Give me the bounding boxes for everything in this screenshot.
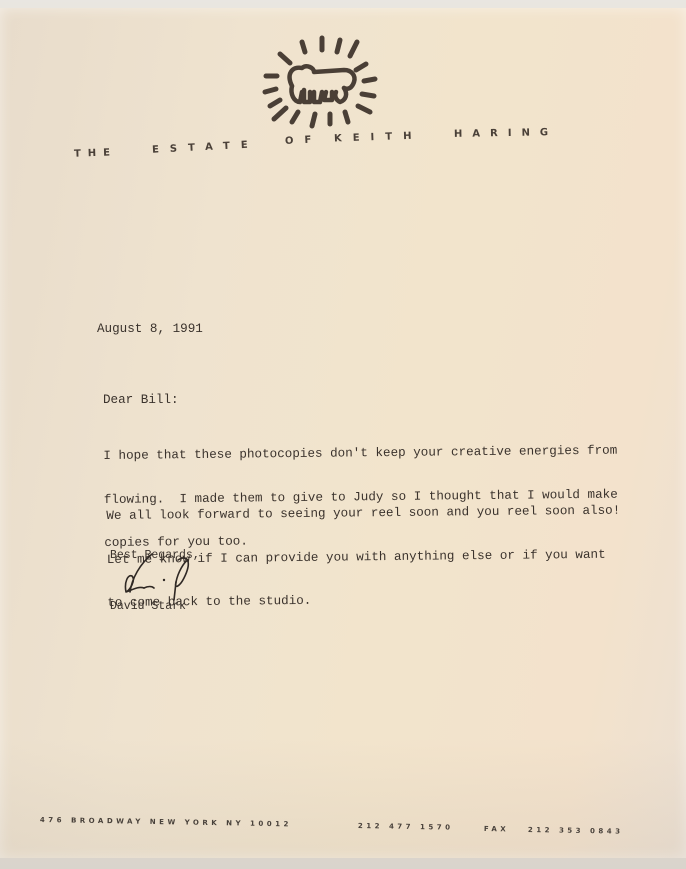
letterhead-word-keith: KEITH: [334, 130, 423, 144]
letterhead-footer: 476 BROADWAY NEW YORK NY 10012 212 477 1…: [40, 816, 670, 846]
letter-paper: THE ESTATE OF KEITH HARING August 8, 199…: [0, 8, 686, 858]
letterhead-word-the: THE: [74, 147, 117, 159]
handwritten-signature-icon: [118, 552, 208, 604]
letter-salutation: Dear Bill:: [103, 393, 179, 408]
letterhead-org-name: THE ESTATE OF KEITH HARING: [70, 126, 590, 166]
letterhead-word-estate: ESTATE: [152, 139, 259, 156]
letterhead-word-of: OF: [285, 134, 323, 147]
paragraph-line: I hope that these photocopies don't keep…: [103, 444, 617, 464]
footer-address: 476 BROADWAY NEW YORK NY 10012: [40, 816, 292, 828]
footer-fax-label: FAX: [484, 825, 509, 833]
letterhead-word-haring: HARING: [454, 127, 558, 140]
paragraph-line: We all look forward to seeing your reel …: [106, 504, 620, 524]
footer-phone: 212 477 1570: [358, 822, 454, 832]
letter-date: August 8, 1991: [97, 322, 203, 337]
letter-signer-name: David Stark: [110, 600, 186, 615]
footer-fax-number: 212 353 0843: [528, 826, 624, 836]
radiant-baby-icon: [252, 30, 392, 130]
